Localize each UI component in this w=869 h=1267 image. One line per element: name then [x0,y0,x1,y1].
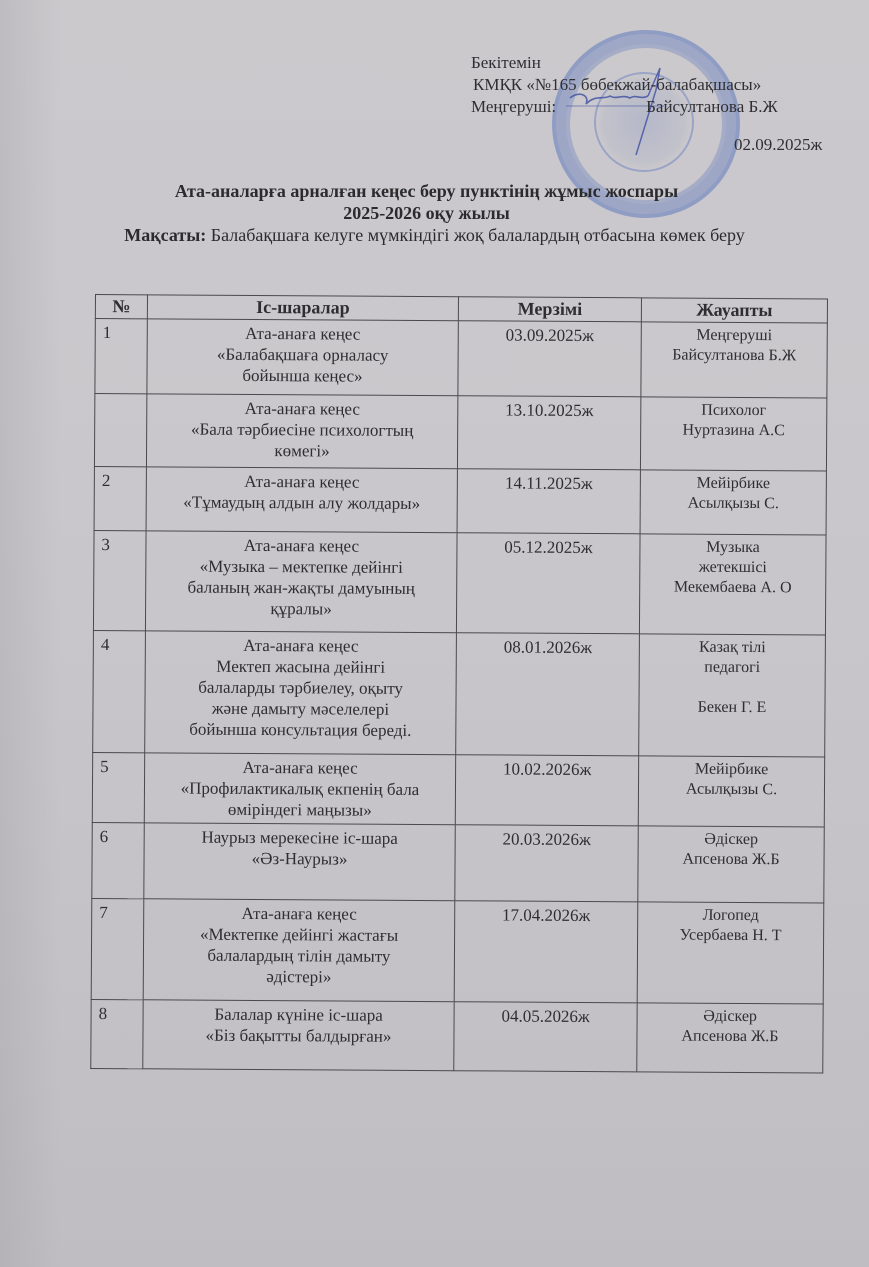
responsible-line: Нуртазина А.С [641,420,826,441]
activity-line: баланың жан-жақты дамуының [146,576,456,599]
activity-line: Наурыз мерекесіне іс-шара [145,826,455,849]
activity-line: көмегі» [147,439,457,462]
row-number: 7 [91,898,144,999]
activity-line: Ата-анаға кеңес [146,534,456,557]
date-cell: 20.03.2026ж [455,825,638,902]
responsible-line: Мекембаева А. О [640,577,825,598]
table-row: 4Ата-анаға кеңесМектеп жасына дейінгібал… [93,630,826,756]
institution-name: КМҚК «№165 бөбекжай-балабақшасы» [473,74,761,95]
responsible-cell: МеңгерушіБайсултанова Б.Ж [641,322,827,398]
table-row: 8Балалар күніне іс-шара«Біз бақытты балд… [91,999,823,1072]
responsible-line: Әдіскер [639,829,824,850]
activity-line: «Тұмаудың алдын алу жолдары» [147,491,457,514]
column-header-activities: Іс-шаралар [147,295,458,321]
activity-cell: Ата-анаға кеңес«Профилактикалық екпенің … [144,753,455,825]
approval-heading: Бекітемін [471,52,541,73]
column-header-date: Мерзімі [458,297,641,322]
responsible-line: Апсенова Ж.Б [638,849,823,870]
document-page: Бекітемін КМҚК «№165 бөбекжай-балабақшас… [0,0,869,1267]
activity-cell: Наурыз мерекесіне іс-шара«Әз-Наурыз» [144,823,455,901]
director-line: Меңгеруші:Байсултанова Б.Ж [471,96,778,117]
responsible-cell: ӘдіскерАпсенова Ж.Б [638,826,824,903]
activity-line: «Біз бақытты балдырған» [143,1024,453,1047]
responsible-cell: ПсихологНуртазина А.С [640,397,826,471]
date-cell: 17.04.2026ж [454,901,638,1003]
activity-cell: Ата-анаға кеңес«Мектепке дейінгі жастағы… [143,899,455,1002]
activity-line: Ата-анаға кеңес [147,397,457,420]
table-row: 5Ата-анаға кеңес«Профилактикалық екпенің… [92,752,824,826]
table-row: 1Ата-анаға кеңес«Балабақшаға орналасубой… [95,319,827,398]
activity-line: Ата-анаға кеңес [144,902,454,925]
plan-table: № Іс-шаралар Мерзімі Жауапты 1Ата-анаға … [90,294,828,1073]
date-cell: 13.10.2025ж [457,396,640,470]
row-number: 2 [94,466,146,530]
column-header-responsible: Жауапты [641,298,827,323]
document-goal: Мақсаты: Балабақшаға келуге мүмкіндігі ж… [0,225,869,246]
activity-line: «Музыка – мектепке дейінгі [146,555,456,578]
responsible-cell: ЛогопедУсербаева Н. Т [637,902,824,1004]
responsible-line: Асылқызы С. [639,779,824,800]
goal-text: Балабақшаға келуге мүмкіндігі жоқ балала… [206,225,745,245]
row-number: 8 [91,999,143,1068]
responsible-cell: МузыкажетекшісіМекембаева А. О [639,534,826,635]
responsible-line: Апсенова Ж.Б [637,1026,822,1047]
responsible-line: Меңгеруші [642,325,827,346]
responsible-line: Усербаева Н. Т [638,925,823,946]
director-name: Байсултанова Б.Ж [646,97,778,116]
activity-line: бойынша консультация береді. [145,718,455,741]
responsible-line: Асылқызы С. [641,493,826,514]
goal-label: Мақсаты: [124,225,206,245]
activity-line: балаларды тәрбиелеу, оқыту [146,676,456,699]
responsible-line: педагогі [640,657,825,678]
activity-line: Ата-анаға кеңес [146,634,456,657]
activity-line: Ата-анаға кеңес [147,470,457,493]
activity-line: Ата-анаға кеңес [148,322,458,345]
responsible-cell: ӘдіскерАпсенова Ж.Б [637,1003,823,1073]
activity-cell: Ата-анаға кеңес«Балабақшаға орналасубойы… [147,319,458,396]
activity-line: Ата-анаға кеңес [145,756,455,779]
responsible-line: Бекен Г. Е [639,697,824,718]
column-header-number: № [95,295,147,319]
activity-cell: Ата-анаға кеңес«Музыка – мектепке дейінг… [145,531,457,633]
activity-line: Балалар күніне іс-шара [144,1003,454,1026]
activity-line: балалардың тілін дамыту [144,944,454,967]
activity-line: өміріндегі маңызы» [145,798,455,821]
responsible-line: Мейірбике [639,759,824,780]
academic-year: 2025-2026 оқу жылы [0,203,861,224]
responsible-line: Логопед [638,905,823,926]
activity-line: «Балабақшаға орналасу [148,343,458,366]
activity-cell: Ата-анаға кеңесМектеп жасына дейінгібала… [145,631,457,755]
activity-cell: Балалар күніне іс-шара«Біз бақытты балды… [143,1000,454,1071]
table-row: 2Ата-анаға кеңес«Тұмаудың алдын алу жолд… [94,466,826,534]
activity-line: Мектеп жасына дейінгі [146,655,456,678]
responsible-line [640,677,825,698]
date-cell: 10.02.2026ж [455,755,638,826]
responsible-cell: Казақ тіліпедагогіБекен Г. Е [639,634,826,757]
table-body: 1Ата-анаға кеңес«Балабақшаға орналасубой… [91,319,828,1073]
table-row: 7Ата-анаға кеңес«Мектепке дейінгі жастағ… [91,898,824,1003]
row-number: 1 [95,319,147,394]
date-cell: 14.11.2025ж [457,469,640,534]
activity-line: «Профилактикалық екпенің бала [145,777,455,800]
document-title: Ата-аналарға арналған кеңес беру пунктін… [0,181,861,202]
responsible-cell: МейірбикеАсылқызы С. [640,470,826,535]
activity-line: бойынша кеңес» [147,364,457,387]
activity-cell: Ата-анаға кеңес«Тұмаудың алдын алу жолда… [146,467,457,533]
activity-line: құралы» [146,597,456,620]
responsible-line: Музыка [640,537,825,558]
row-number: 6 [92,822,144,898]
row-number: 4 [93,630,146,752]
activity-cell: Ата-анаға кеңес«Бала тәрбиесіне психолог… [146,394,457,469]
table-row: 3Ата-анаға кеңес«Музыка – мектепке дейін… [93,530,826,634]
row-number: 3 [93,530,146,630]
activity-line: «Бала тәрбиесіне психологтың [147,418,457,441]
date-cell: 05.12.2025ж [456,533,640,634]
responsible-line: Байсултанова Б.Ж [642,345,827,366]
responsible-line: Мейірбике [641,473,826,494]
responsible-line: жетекшісі [640,557,825,578]
row-number: 5 [92,752,144,822]
activity-line: әдістері» [144,965,454,988]
activity-line: және дамыту мәселелері [145,697,455,720]
responsible-cell: МейірбикеАсылқызы С. [638,756,824,827]
row-number [94,394,146,467]
table-row: 6Наурыз мерекесіне іс-шара«Әз-Наурыз»20.… [92,822,824,902]
director-label: Меңгеруші: [471,97,556,116]
responsible-line: Әдіскер [638,1006,823,1027]
responsible-line: Казақ тілі [640,637,825,658]
activity-line: «Мектепке дейінгі жастағы [144,923,454,946]
approval-date: 02.09.2025ж [734,135,822,155]
activity-line: «Әз-Наурыз» [144,847,454,870]
date-cell: 03.09.2025ж [458,321,641,397]
date-cell: 04.05.2026ж [454,1002,637,1072]
table-row: Ата-анаға кеңес«Бала тәрбиесіне психолог… [94,394,826,471]
responsible-line: Психолог [641,400,826,421]
date-cell: 08.01.2026ж [456,633,640,756]
